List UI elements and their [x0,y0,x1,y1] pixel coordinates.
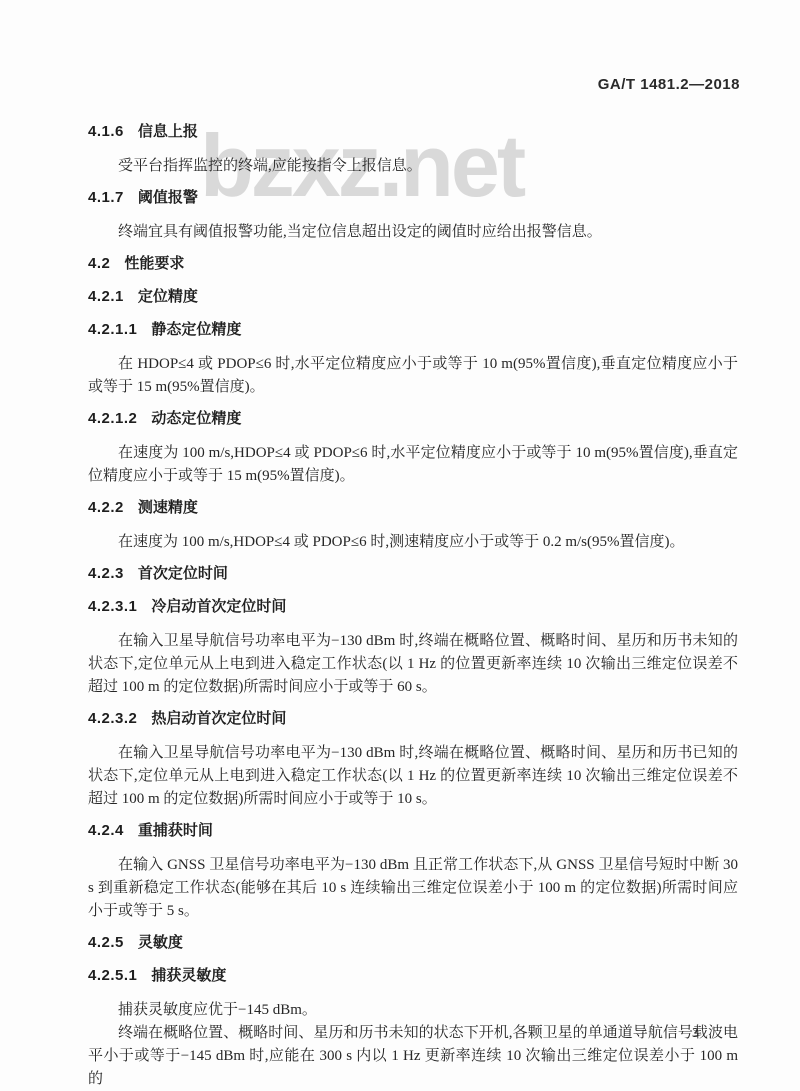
section-title: 定位精度 [138,288,198,305]
section-heading-4-1-7: 4.1.7阈值报警 [88,188,738,208]
section-number: 4.2.3 [88,564,124,584]
document-body: 4.1.6信息上报 受平台指挥监控的终端,应能按指令上报信息。 4.1.7阈值报… [88,0,738,1091]
section-title: 动态定位精度 [151,410,241,427]
section-number: 4.2.1 [88,287,124,307]
paragraph: 在速度为 100 m/s,HDOP≤4 或 PDOP≤6 时,测速精度应小于或等… [88,531,738,554]
paragraph: 在速度为 100 m/s,HDOP≤4 或 PDOP≤6 时,水平定位精度应小于… [88,442,738,488]
standard-code-header: GA/T 1481.2—2018 [598,76,740,93]
section-title: 首次定位时间 [138,565,228,582]
section-number: 4.1.7 [88,188,124,208]
section-heading-4-2-3-1: 4.2.3.1冷启动首次定位时间 [88,597,738,617]
paragraph: 在输入卫星导航信号功率电平为−130 dBm 时,终端在概略位置、概略时间、星历… [88,742,738,811]
section-number: 4.2.5.1 [88,966,137,986]
section-heading-4-2-1-1: 4.2.1.1静态定位精度 [88,320,738,340]
section-title: 灵敏度 [138,934,183,951]
page-number: 3 [692,1026,699,1042]
section-number: 4.2.3.1 [88,597,137,617]
paragraph: 终端宜具有阈值报警功能,当定位信息超出设定的阈值时应给出报警信息。 [88,221,738,244]
section-heading-4-2-3-2: 4.2.3.2热启动首次定位时间 [88,709,738,729]
section-number: 4.2.1.2 [88,409,137,429]
section-heading-4-2-2: 4.2.2测速精度 [88,498,738,518]
section-number: 4.2.3.2 [88,709,137,729]
section-number: 4.2.1.1 [88,320,137,340]
paragraph: 在输入 GNSS 卫星信号功率电平为−130 dBm 且正常工作状态下,从 GN… [88,854,738,923]
section-heading-4-2-1: 4.2.1定位精度 [88,287,738,307]
section-number: 4.2.4 [88,821,124,841]
section-title: 信息上报 [138,123,198,140]
section-number: 4.2 [88,254,110,274]
section-heading-4-2-4: 4.2.4重捕获时间 [88,821,738,841]
section-heading-4-2-5-1: 4.2.5.1捕获灵敏度 [88,966,738,986]
paragraph: 捕获灵敏度应优于−145 dBm。 [88,999,738,1022]
section-title: 捕获灵敏度 [151,967,226,984]
section-heading-4-2: 4.2性能要求 [88,254,738,274]
section-number: 4.2.5 [88,933,124,953]
section-title: 性能要求 [124,255,184,272]
section-title: 测速精度 [138,499,198,516]
section-title: 阈值报警 [138,189,198,206]
section-title: 重捕获时间 [138,822,213,839]
section-title: 热启动首次定位时间 [151,710,286,727]
section-heading-4-2-5: 4.2.5灵敏度 [88,933,738,953]
section-number: 4.2.2 [88,498,124,518]
paragraph: 终端在概略位置、概略时间、星历和历书未知的状态下开机,各颗卫星的单通道导航信号载… [88,1022,738,1091]
document-page: bzxz.net GA/T 1481.2—2018 4.1.6信息上报 受平台指… [0,0,800,1091]
section-number: 4.1.6 [88,122,124,142]
paragraph: 在 HDOP≤4 或 PDOP≤6 时,水平定位精度应小于或等于 10 m(95… [88,353,738,399]
section-heading-4-1-6: 4.1.6信息上报 [88,122,738,142]
section-heading-4-2-3: 4.2.3首次定位时间 [88,564,738,584]
section-title: 冷启动首次定位时间 [151,598,286,615]
section-title: 静态定位精度 [151,321,241,338]
paragraph: 受平台指挥监控的终端,应能按指令上报信息。 [88,155,738,178]
section-heading-4-2-1-2: 4.2.1.2动态定位精度 [88,409,738,429]
paragraph: 在输入卫星导航信号功率电平为−130 dBm 时,终端在概略位置、概略时间、星历… [88,630,738,699]
